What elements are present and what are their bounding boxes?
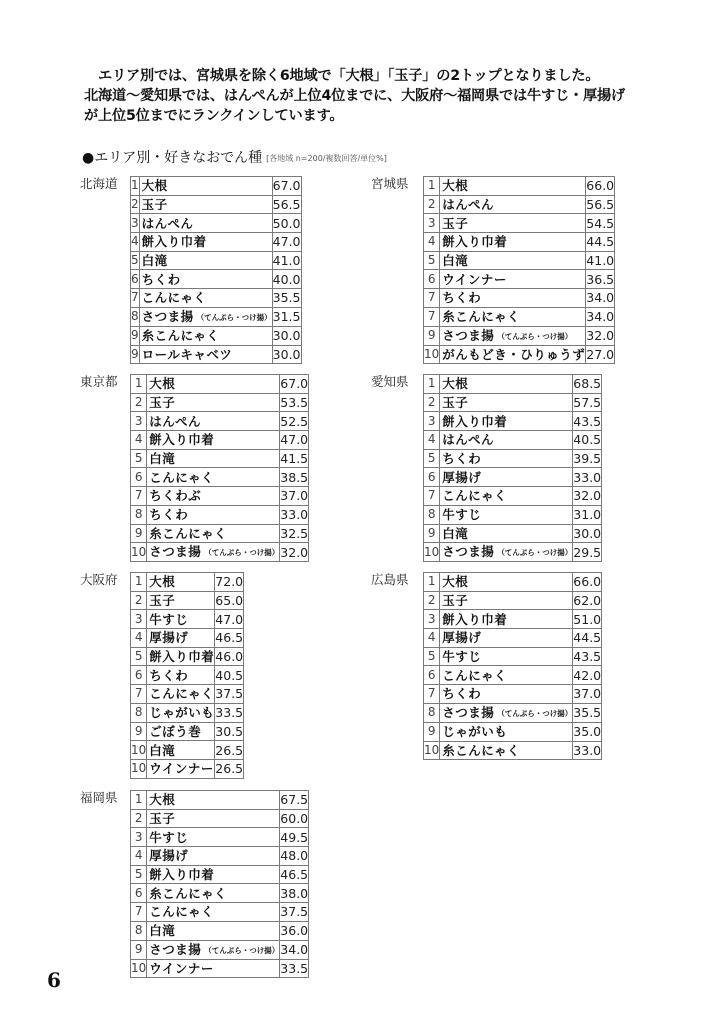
item-cell: はんぺん xyxy=(440,431,573,450)
value-cell: 33.5 xyxy=(215,703,244,722)
region-label: 福岡県 xyxy=(80,789,118,807)
rank-cell: 4 xyxy=(424,233,440,252)
ranking-table: 1大根72.02玉子65.03牛すじ47.04厚揚げ46.55餅入り巾着46.0… xyxy=(130,572,244,779)
item-name: 餅入り巾着 xyxy=(442,612,507,627)
item-cell: こんにゃく xyxy=(147,468,280,487)
item-name: こんにゃく xyxy=(442,488,507,503)
rank-cell: 2 xyxy=(131,809,147,828)
section-title: ●エリア別・好きなおでん種[各地域 n=200/複数回答/単位%] xyxy=(82,149,387,168)
item-name: 玉子 xyxy=(142,197,168,212)
rank-cell: 7 xyxy=(424,685,440,704)
item-name: ウインナー xyxy=(149,961,214,976)
table-row: 2玉子60.0 xyxy=(131,809,309,828)
item-name: 大根 xyxy=(442,178,468,193)
table-row: 4餅入り巾着47.0 xyxy=(131,431,309,450)
table-row: 9じゃがいも35.0 xyxy=(424,722,602,741)
item-cell: 牛すじ xyxy=(440,647,573,666)
item-cell: 白滝 xyxy=(440,251,586,270)
table-row: 5白滝41.5 xyxy=(131,449,309,468)
item-name: 大根 xyxy=(442,574,468,589)
table-row: 7糸こんにゃく34.0 xyxy=(424,307,615,326)
table-row: 9糸こんにゃく30.0 xyxy=(131,326,302,345)
item-name: 牛すじ xyxy=(149,612,188,627)
value-cell: 47.0 xyxy=(215,610,244,629)
rank-cell: 2 xyxy=(424,195,440,214)
ranking-table: 1大根67.02玉子53.53はんぺん52.54餅入り巾着47.05白滝41.5… xyxy=(130,374,309,562)
region-label: 愛知県 xyxy=(371,373,409,391)
value-cell: 32.0 xyxy=(573,487,602,506)
item-subtext: （てんぷら・つけ揚） xyxy=(204,548,279,557)
rank-cell: 1 xyxy=(131,573,147,592)
value-cell: 40.0 xyxy=(272,270,301,289)
rank-cell: 10 xyxy=(131,959,147,978)
rank-cell: 4 xyxy=(131,847,147,866)
region-label: 宮城県 xyxy=(371,175,409,193)
rank-cell: 5 xyxy=(424,449,440,468)
value-cell: 67.5 xyxy=(280,791,309,810)
item-cell: 大根 xyxy=(440,375,573,394)
rank-cell: 4 xyxy=(131,629,147,648)
item-cell: 餅入り巾着 xyxy=(147,865,280,884)
rank-cell: 3 xyxy=(424,610,440,629)
value-cell: 26.5 xyxy=(215,759,244,778)
item-name: がんもどき・ひりゅうず xyxy=(442,347,585,362)
value-cell: 39.5 xyxy=(573,449,602,468)
value-cell: 34.0 xyxy=(280,940,309,959)
item-name: 餅入り巾着 xyxy=(442,414,507,429)
value-cell: 51.0 xyxy=(573,610,602,629)
item-cell: こんにゃく xyxy=(440,487,573,506)
value-cell: 33.0 xyxy=(280,505,309,524)
item-name: 餅入り巾着 xyxy=(149,432,214,447)
item-name: 白滝 xyxy=(142,253,168,268)
table-row: 7こんにゃく37.5 xyxy=(131,685,244,704)
item-name: 糸こんにゃく xyxy=(149,886,227,901)
value-cell: 44.5 xyxy=(573,629,602,648)
rank-cell: 7 xyxy=(424,307,440,326)
item-name: 餅入り巾着 xyxy=(442,234,507,249)
item-name: 白滝 xyxy=(149,923,175,938)
rank-cell: 1 xyxy=(424,177,440,196)
value-cell: 47.0 xyxy=(280,431,309,450)
table-row: 3牛すじ49.5 xyxy=(131,828,309,847)
table-row: 5牛すじ43.5 xyxy=(424,647,602,666)
item-cell: じゃがいも xyxy=(440,722,573,741)
item-name: 玉子 xyxy=(149,395,175,410)
item-cell: ちくわ xyxy=(147,666,215,685)
table-row: 2玉子65.0 xyxy=(131,591,244,610)
region-label: 大阪府 xyxy=(80,571,118,589)
item-name: はんぺん xyxy=(442,197,494,212)
rank-cell: 4 xyxy=(424,629,440,648)
item-name: さつま揚 xyxy=(149,942,201,957)
rank-cell: 3 xyxy=(131,610,147,629)
table-row: 8さつま揚（てんぷら・つけ揚）31.5 xyxy=(131,307,302,326)
table-row: 9さつま揚（てんぷら・つけ揚）34.0 xyxy=(131,940,309,959)
value-cell: 35.5 xyxy=(573,703,602,722)
item-name: 玉子 xyxy=(149,593,175,608)
item-name: 白滝 xyxy=(149,743,175,758)
item-name: ウインナー xyxy=(442,272,507,287)
table-row: 10白滝26.5 xyxy=(131,741,244,760)
table-row: 2玉子62.0 xyxy=(424,591,602,610)
item-cell: 玉子 xyxy=(139,195,272,214)
table-row: 9白滝30.0 xyxy=(424,524,602,543)
rank-cell: 9 xyxy=(424,722,440,741)
item-cell: ロールキャベツ xyxy=(139,345,272,364)
table-row: 4厚揚げ48.0 xyxy=(131,847,309,866)
item-cell: 牛すじ xyxy=(440,505,573,524)
item-name: 大根 xyxy=(142,178,168,193)
item-name: 大根 xyxy=(149,376,175,391)
region-label: 広島県 xyxy=(371,571,409,589)
item-cell: ちくわ xyxy=(139,270,272,289)
item-cell: ごぼう巻 xyxy=(147,722,215,741)
table-row: 9糸こんにゃく32.5 xyxy=(131,524,309,543)
table-row: 1大根68.5 xyxy=(424,375,602,394)
value-cell: 56.5 xyxy=(586,195,615,214)
table-row: 10さつま揚（てんぷら・つけ揚）32.0 xyxy=(131,543,309,562)
item-cell: ちくわ xyxy=(440,449,573,468)
rank-cell: 10 xyxy=(424,543,440,562)
item-name: 餅入り巾着 xyxy=(149,867,214,882)
value-cell: 57.5 xyxy=(573,393,602,412)
item-cell: さつま揚（てんぷら・つけ揚） xyxy=(147,543,280,562)
item-name: 玉子 xyxy=(442,395,468,410)
item-cell: じゃがいも xyxy=(147,703,215,722)
table-row: 1大根67.0 xyxy=(131,375,309,394)
item-cell: 玉子 xyxy=(147,393,280,412)
item-subtext: （てんぷら・つけ揚） xyxy=(204,946,279,955)
item-cell: 白滝 xyxy=(147,741,215,760)
item-cell: こんにゃく xyxy=(147,903,280,922)
item-name: じゃがいも xyxy=(149,705,214,720)
table-row: 9さつま揚（てんぷら・つけ揚）32.0 xyxy=(424,326,615,345)
value-cell: 32.5 xyxy=(280,524,309,543)
rank-cell: 10 xyxy=(424,741,440,760)
table-row: 5白滝41.0 xyxy=(424,251,615,270)
intro-line: エリア別では、宮城県を除く6地域で「大根」「玉子」の2トップとなりました。 xyxy=(84,66,674,86)
value-cell: 40.5 xyxy=(573,431,602,450)
item-name: ちくわ xyxy=(442,290,481,305)
rank-cell: 7 xyxy=(131,685,147,704)
table-row: 4はんぺん40.5 xyxy=(424,431,602,450)
item-name: 牛すじ xyxy=(442,649,481,664)
rank-cell: 5 xyxy=(424,251,440,270)
item-name: はんぺん xyxy=(442,432,494,447)
item-cell: ウインナー xyxy=(440,270,586,289)
value-cell: 50.0 xyxy=(272,214,301,233)
item-name: 玉子 xyxy=(149,811,175,826)
item-cell: こんにゃく xyxy=(147,685,215,704)
item-cell: 餅入り巾着 xyxy=(440,233,586,252)
rank-cell: 3 xyxy=(424,412,440,431)
item-cell: 白滝 xyxy=(139,251,272,270)
table-row: 1大根66.0 xyxy=(424,177,615,196)
value-cell: 46.5 xyxy=(215,629,244,648)
item-cell: 白滝 xyxy=(440,524,573,543)
item-cell: こんにゃく xyxy=(139,289,272,308)
table-row: 4厚揚げ46.5 xyxy=(131,629,244,648)
table-row: 7ちくわ37.0 xyxy=(424,685,602,704)
table-row: 1大根67.0 xyxy=(131,177,302,196)
item-cell: 牛すじ xyxy=(147,828,280,847)
value-cell: 33.5 xyxy=(280,959,309,978)
value-cell: 49.5 xyxy=(280,828,309,847)
item-cell: 糸こんにゃく xyxy=(139,326,272,345)
rank-cell: 2 xyxy=(424,591,440,610)
ranking-table: 1大根66.02玉子62.03餅入り巾着51.04厚揚げ44.55牛すじ43.5… xyxy=(423,572,602,760)
table-row: 8牛すじ31.0 xyxy=(424,505,602,524)
item-cell: 餅入り巾着 xyxy=(440,412,573,431)
item-cell: がんもどき・ひりゅうず xyxy=(440,345,586,364)
value-cell: 33.0 xyxy=(573,741,602,760)
item-cell: 白滝 xyxy=(147,449,280,468)
value-cell: 66.0 xyxy=(573,573,602,592)
value-cell: 62.0 xyxy=(573,591,602,610)
rank-cell: 10 xyxy=(424,345,440,364)
region-label: 北海道 xyxy=(80,175,118,193)
item-name: さつま揚 xyxy=(442,544,494,559)
item-name: ちくわ xyxy=(149,668,188,683)
item-name: ちくわ xyxy=(442,686,481,701)
rank-cell: 1 xyxy=(424,573,440,592)
item-cell: 厚揚げ xyxy=(440,629,573,648)
item-name: こんにゃく xyxy=(149,904,214,919)
rank-cell: 6 xyxy=(424,270,440,289)
value-cell: 40.5 xyxy=(215,666,244,685)
table-row: 10ウインナー33.5 xyxy=(131,959,309,978)
value-cell: 36.0 xyxy=(280,921,309,940)
table-row: 2玉子53.5 xyxy=(131,393,309,412)
item-cell: さつま揚（てんぷら・つけ揚） xyxy=(440,703,573,722)
item-name: 糸こんにゃく xyxy=(149,526,227,541)
rank-cell: 1 xyxy=(424,375,440,394)
table-row: 4餅入り巾着44.5 xyxy=(424,233,615,252)
table-row: 5餅入り巾着46.0 xyxy=(131,647,244,666)
rank-cell: 6 xyxy=(131,884,147,903)
table-row: 6ウインナー36.5 xyxy=(424,270,615,289)
item-name: 大根 xyxy=(149,792,175,807)
table-row: 10糸こんにゃく33.0 xyxy=(424,741,602,760)
value-cell: 42.0 xyxy=(573,666,602,685)
item-cell: 玉子 xyxy=(147,591,215,610)
rank-cell: 6 xyxy=(131,468,147,487)
value-cell: 54.5 xyxy=(586,214,615,233)
item-name: 糸こんにゃく xyxy=(442,309,520,324)
item-name: 厚揚げ xyxy=(149,848,188,863)
rank-cell: 3 xyxy=(131,828,147,847)
table-row: 7ちくわぶ37.0 xyxy=(131,487,309,506)
table-row: 7ちくわ34.0 xyxy=(424,289,615,308)
rank-cell: 4 xyxy=(424,431,440,450)
table-row: 10ウインナー26.5 xyxy=(131,759,244,778)
item-cell: 厚揚げ xyxy=(147,629,215,648)
item-cell: こんにゃく xyxy=(440,666,573,685)
value-cell: 60.0 xyxy=(280,809,309,828)
rank-cell: 8 xyxy=(131,505,147,524)
rank-cell: 8 xyxy=(424,703,440,722)
table-row: 3餅入り巾着51.0 xyxy=(424,610,602,629)
item-name: こんにゃく xyxy=(149,470,214,485)
table-row: 6こんにゃく38.5 xyxy=(131,468,309,487)
item-cell: 玉子 xyxy=(440,393,573,412)
item-name: 厚揚げ xyxy=(442,470,481,485)
value-cell: 38.5 xyxy=(280,468,309,487)
item-cell: 大根 xyxy=(440,573,573,592)
value-cell: 37.5 xyxy=(215,685,244,704)
rank-cell: 5 xyxy=(131,449,147,468)
item-cell: 大根 xyxy=(139,177,272,196)
rank-cell: 6 xyxy=(131,666,147,685)
value-cell: 26.5 xyxy=(215,741,244,760)
item-name: こんにゃく xyxy=(142,290,207,305)
rank-cell: 2 xyxy=(131,591,147,610)
item-name: 白滝 xyxy=(442,253,468,268)
item-name: ウインナー xyxy=(149,761,214,776)
rank-cell: 9 xyxy=(424,326,440,345)
section-note: [各地域 n=200/複数回答/単位%] xyxy=(266,154,387,163)
value-cell: 67.0 xyxy=(280,375,309,394)
rank-cell: 8 xyxy=(131,307,140,326)
item-cell: 白滝 xyxy=(147,921,280,940)
item-cell: はんぺん xyxy=(147,412,280,431)
item-cell: 糸こんにゃく xyxy=(440,741,573,760)
item-cell: 餅入り巾着 xyxy=(147,431,280,450)
item-cell: さつま揚（てんぷら・つけ揚） xyxy=(440,543,573,562)
value-cell: 48.0 xyxy=(280,847,309,866)
item-name: はんぺん xyxy=(142,216,194,231)
table-row: 6ちくわ40.0 xyxy=(131,270,302,289)
item-name: ちくわ xyxy=(149,507,188,522)
table-row: 7こんにゃく37.5 xyxy=(131,903,309,922)
item-name: 大根 xyxy=(442,376,468,391)
value-cell: 36.5 xyxy=(586,270,615,289)
value-cell: 33.0 xyxy=(573,468,602,487)
table-row: 9ロールキャベツ30.0 xyxy=(131,345,302,364)
rank-cell: 8 xyxy=(131,921,147,940)
item-name: 餅入り巾着 xyxy=(149,649,214,664)
value-cell: 44.5 xyxy=(586,233,615,252)
item-name: さつま揚 xyxy=(149,544,201,559)
ranking-table: 1大根66.02はんぺん56.53玉子54.54餅入り巾着44.55白滝41.0… xyxy=(423,176,615,364)
item-cell: 糸こんにゃく xyxy=(440,307,586,326)
table-row: 8じゃがいも33.5 xyxy=(131,703,244,722)
item-name: ごぼう巻 xyxy=(149,724,201,739)
value-cell: 31.5 xyxy=(272,307,301,326)
ranking-table: 1大根68.52玉子57.53餅入り巾着43.54はんぺん40.55ちくわ39.… xyxy=(423,374,602,562)
table-row: 2玉子56.5 xyxy=(131,195,302,214)
value-cell: 37.0 xyxy=(280,487,309,506)
table-row: 3餅入り巾着43.5 xyxy=(424,412,602,431)
item-cell: ちくわ xyxy=(440,685,573,704)
item-cell: 牛すじ xyxy=(147,610,215,629)
rank-cell: 3 xyxy=(424,214,440,233)
item-cell: 厚揚げ xyxy=(440,468,573,487)
value-cell: 53.5 xyxy=(280,393,309,412)
item-name: さつま揚 xyxy=(142,309,194,324)
rank-cell: 4 xyxy=(131,431,147,450)
value-cell: 47.0 xyxy=(272,233,301,252)
table-row: 3はんぺん50.0 xyxy=(131,214,302,233)
page-number: 6 xyxy=(47,968,61,992)
rank-cell: 7 xyxy=(131,487,147,506)
item-name: はんぺん xyxy=(149,414,201,429)
table-row: 8さつま揚（てんぷら・つけ揚）35.5 xyxy=(424,703,602,722)
item-cell: はんぺん xyxy=(440,195,586,214)
rank-cell: 4 xyxy=(131,233,140,252)
value-cell: 46.0 xyxy=(215,647,244,666)
value-cell: 67.0 xyxy=(272,177,301,196)
item-cell: 大根 xyxy=(147,375,280,394)
item-name: ちくわ xyxy=(142,272,181,287)
item-name: ロールキャベツ xyxy=(142,347,233,362)
table-row: 8ちくわ33.0 xyxy=(131,505,309,524)
item-name: 厚揚げ xyxy=(442,630,481,645)
item-name: ちくわ xyxy=(442,451,481,466)
table-row: 6糸こんにゃく38.0 xyxy=(131,884,309,903)
value-cell: 35.0 xyxy=(573,722,602,741)
item-subtext: （てんぷら・つけ揚） xyxy=(497,709,572,718)
section-title-text: ●エリア別・好きなおでん種 xyxy=(82,150,262,166)
rank-cell: 7 xyxy=(131,289,140,308)
item-cell: 大根 xyxy=(147,791,280,810)
item-name: 玉子 xyxy=(442,216,468,231)
table-row: 5餅入り巾着46.5 xyxy=(131,865,309,884)
item-name: 餅入り巾着 xyxy=(142,234,207,249)
table-row: 5白滝41.0 xyxy=(131,251,302,270)
rank-cell: 6 xyxy=(131,270,140,289)
item-cell: 厚揚げ xyxy=(147,847,280,866)
value-cell: 29.5 xyxy=(573,543,602,562)
value-cell: 56.5 xyxy=(272,195,301,214)
value-cell: 35.5 xyxy=(272,289,301,308)
item-cell: 大根 xyxy=(147,573,215,592)
rank-cell: 2 xyxy=(424,393,440,412)
table-row: 8白滝36.0 xyxy=(131,921,309,940)
table-row: 3はんぺん52.5 xyxy=(131,412,309,431)
rank-cell: 6 xyxy=(424,468,440,487)
rank-cell: 6 xyxy=(424,666,440,685)
item-subtext: （てんぷら・つけ揚） xyxy=(497,332,572,341)
item-name: ちくわぶ xyxy=(149,488,201,503)
item-name: 玉子 xyxy=(442,593,468,608)
item-name: 厚揚げ xyxy=(149,630,188,645)
rank-cell: 9 xyxy=(424,524,440,543)
rank-cell: 7 xyxy=(131,903,147,922)
value-cell: 68.5 xyxy=(573,375,602,394)
rank-cell: 1 xyxy=(131,791,147,810)
item-subtext: （てんぷら・つけ揚） xyxy=(197,313,272,322)
rank-cell: 3 xyxy=(131,214,140,233)
intro-paragraph: エリア別では、宮城県を除く6地域で「大根」「玉子」の2トップとなりました。 北海… xyxy=(84,66,674,126)
table-row: 7こんにゃく32.0 xyxy=(424,487,602,506)
table-row: 5ちくわ39.5 xyxy=(424,449,602,468)
item-name: 白滝 xyxy=(442,526,468,541)
rank-cell: 3 xyxy=(131,412,147,431)
table-row: 10がんもどき・ひりゅうず27.0 xyxy=(424,345,615,364)
item-name: こんにゃく xyxy=(149,686,214,701)
rank-cell: 10 xyxy=(131,759,147,778)
rank-cell: 9 xyxy=(131,524,147,543)
rank-cell: 9 xyxy=(131,940,147,959)
item-name: 牛すじ xyxy=(442,507,481,522)
rank-cell: 1 xyxy=(131,177,140,196)
table-row: 10さつま揚（てんぷら・つけ揚）29.5 xyxy=(424,543,602,562)
rank-cell: 7 xyxy=(424,289,440,308)
value-cell: 72.0 xyxy=(215,573,244,592)
value-cell: 46.5 xyxy=(280,865,309,884)
